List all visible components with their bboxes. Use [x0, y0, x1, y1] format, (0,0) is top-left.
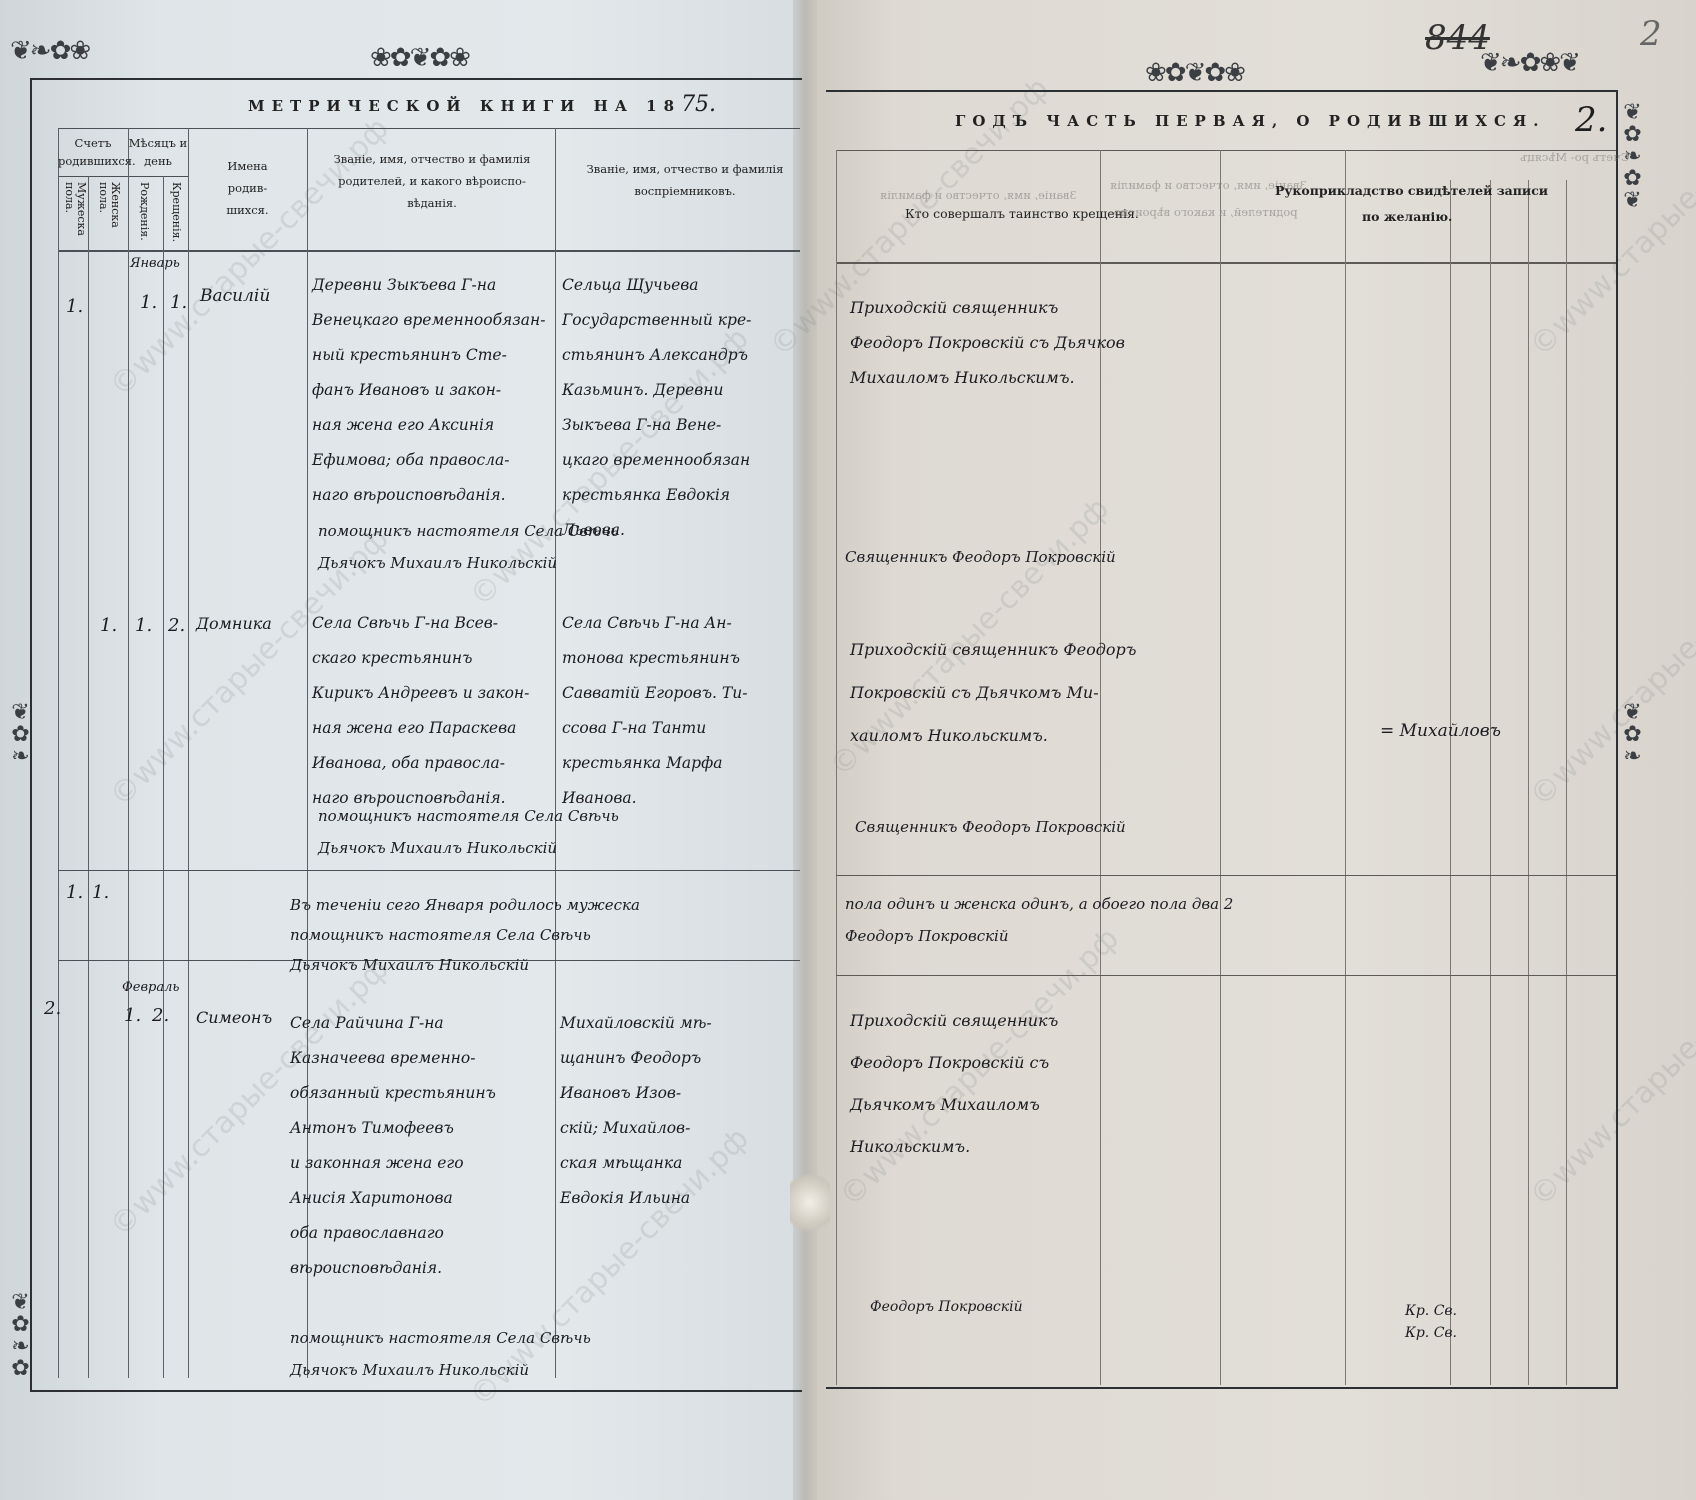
birth-day: 1. — [124, 1005, 141, 1026]
clergy-note: помощникъ настоятеля Села СвѣчьДьячокъ М… — [318, 800, 798, 864]
header-officiant: Кто совершалъ таинство крещенія. — [905, 203, 1139, 225]
header-baptism: Креще­нія. — [170, 182, 182, 246]
parents-text: Села Свѣчь Г-на Всев-скаго крестьянинъКи… — [312, 606, 556, 816]
side-ornament-icon: ❦✿❧ — [1620, 700, 1645, 766]
male-count: 1. — [66, 296, 83, 317]
officiant-text: Приходскій священникъФеодоръ Покровскій … — [850, 1000, 1330, 1168]
header-female: Женска пола. — [97, 182, 121, 246]
male-count: 2. — [44, 998, 61, 1019]
parents-text: Деревни Зыкъева Г-наВенецкаго временнооб… — [312, 268, 556, 513]
child-name: Домника — [196, 614, 272, 633]
header-ornament-icon: ❀✿❦✿❀ — [1145, 60, 1244, 86]
officiant-text: Приходскій священникъ ФеодоръПокровскій … — [850, 628, 1330, 757]
header-names: Имена родив­шихся. — [210, 155, 285, 221]
summary-male: 1. — [66, 882, 83, 903]
summary-text-left: Въ теченіи сего Января родилось мужеска … — [290, 890, 800, 980]
baptism-day: 2. — [168, 615, 185, 636]
child-name: Симеонъ — [196, 1008, 272, 1027]
metric-book-spread: ©www.старые-свечи.рф ©www.старые-свечи.р… — [0, 0, 1696, 1500]
month-label: Январь — [130, 256, 180, 271]
page-number: 2. — [1575, 100, 1607, 140]
corner-ornament-icon: ❦❧✿❀❦ — [1480, 50, 1579, 76]
left-page-title: МЕТРИЧЕСКОЙ КНИГИ НА 1875. — [248, 92, 716, 117]
officiant-signature: Священникъ Феодоръ Покровскій — [855, 810, 1375, 845]
parents-text: Села Райчина Г-наКазначеева времен­но-об… — [290, 1006, 554, 1286]
folio-corner-number: 2 — [1640, 14, 1662, 54]
officiant-signature: Священникъ Феодоръ Покровскій — [845, 540, 1365, 575]
corner-ornament-icon: ❦❧✿❀ — [10, 38, 89, 64]
officiant-text: Приходскій священникъФеодоръ Покровскій … — [850, 290, 1330, 395]
female-count: 1. — [100, 615, 117, 636]
header-male: Мужеска пола. — [63, 182, 87, 246]
header-witnesses: Рукоприкладство свидѣтелей записи — [1275, 180, 1548, 202]
header-month-day: Мѣсяцъ и день — [128, 134, 188, 170]
right-page-title: ГОДЪ ЧАСТЬ ПЕРВАЯ, О РОДИВШИХСЯ. — [955, 112, 1545, 130]
child-name: Василій — [200, 286, 270, 306]
header-ornament-icon: ❀✿❦✿❀ — [370, 45, 469, 71]
header-count-born: Счетъ родившихся. — [58, 134, 128, 170]
header-birth: Рожде­нія. — [138, 182, 150, 246]
year-handwritten: 75. — [681, 92, 716, 117]
birth-day: 1. — [140, 292, 157, 313]
summary-female: 1. — [92, 882, 109, 903]
summary-text-right: пола одинъ и женска одинъ, а обоего пола… — [845, 888, 1545, 952]
clergy-note: помощникъ настоятеля Села СвѣчьДьячокъ М… — [290, 1322, 800, 1386]
clergy-note: помощникъ настоятеля Села СвѣчьДьячокъ М… — [318, 515, 798, 579]
godparents-text: Сельца ЩучьеваГосударственный кре-стьяни… — [562, 268, 798, 548]
bleed-through-text: Званіе, имя, отчество и фамилія — [880, 188, 1077, 202]
header-parents: Званіе, имя, отчество и фамилія родителе… — [318, 148, 546, 214]
officiant-signature: Феодоръ Покровскій — [870, 1290, 1270, 1325]
baptism-day: 2. — [152, 1005, 169, 1026]
month-label: Февраль — [122, 980, 179, 995]
bleed-through-text: Счетъ ро- Мѣсяцъ — [1520, 150, 1630, 164]
header-godparents: Званіе, имя, отчество и фамилія воспріем… — [575, 158, 795, 202]
godparents-text: Михайловскій мѣ-щанинъ ФеодоръИвановъ Из… — [560, 1006, 796, 1216]
signature-marks: Кр. Св.Кр. Св. — [1405, 1300, 1525, 1344]
binding-thread — [790, 1165, 830, 1240]
witness-signature: = Михайловъ — [1380, 714, 1610, 749]
godparents-text: Села Свѣчь Г-на Ан-тонова крестьянинъСав… — [562, 606, 798, 816]
birth-day: 1. — [135, 615, 152, 636]
baptism-day: 1. — [170, 292, 187, 313]
header-by-request: по желанію. — [1362, 206, 1452, 228]
